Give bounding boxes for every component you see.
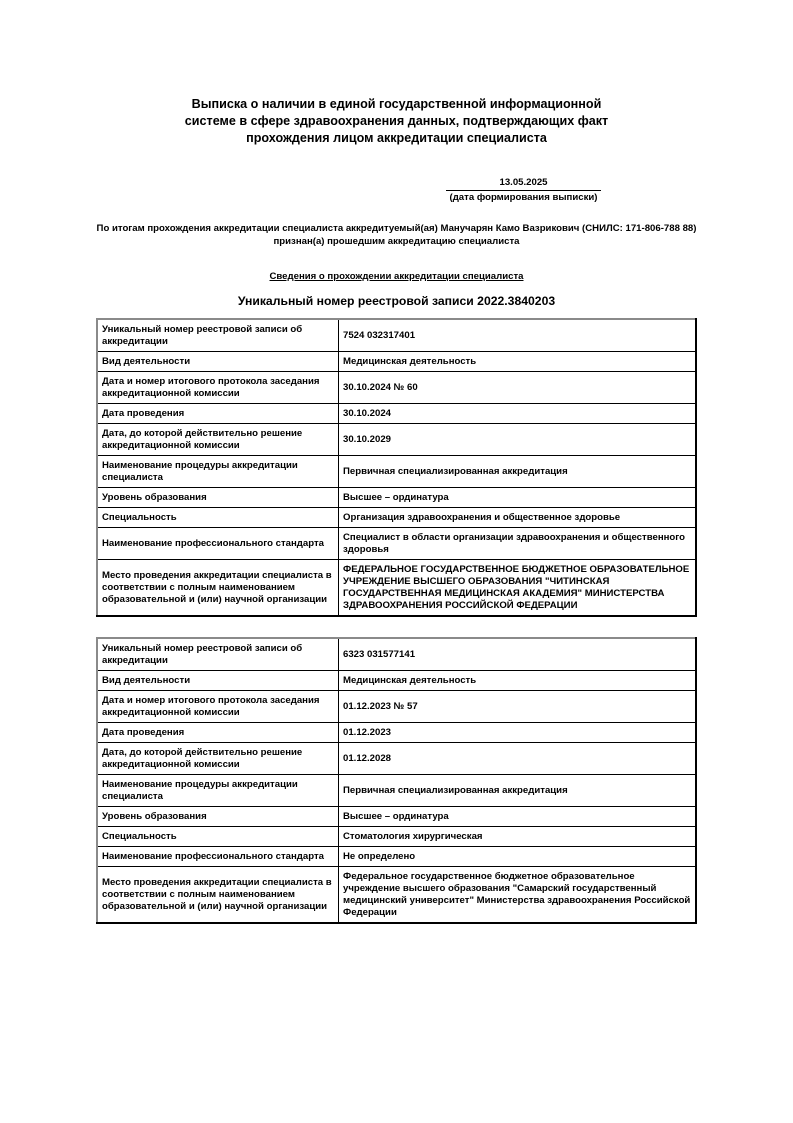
table-row: Место проведения аккредитации специалист… xyxy=(97,560,696,617)
row-label: Место проведения аккредитации специалист… xyxy=(97,867,339,924)
accreditation-table-body: Уникальный номер реестровой записи об ак… xyxy=(97,319,696,616)
accreditation-table-2: Уникальный номер реестровой записи об ак… xyxy=(96,637,697,924)
table-row: Наименование профессионального стандарта… xyxy=(97,528,696,560)
table-row: Дата, до которой действительно решение а… xyxy=(97,424,696,456)
document-title-line: Выписка о наличии в единой государственн… xyxy=(150,96,643,113)
row-value: Специалист в области организации здравоо… xyxy=(339,528,697,560)
row-label: Дата и номер итогового протокола заседан… xyxy=(97,372,339,404)
row-value: Стоматология хирургическая xyxy=(339,827,697,847)
row-label: Дата, до которой действительно решение а… xyxy=(97,743,339,775)
table-row: Наименование процедуры аккредитации спец… xyxy=(97,456,696,488)
table-row: Вид деятельностиМедицинская деятельность xyxy=(97,671,696,691)
row-label: Дата проведения xyxy=(97,404,339,424)
row-value: 01.12.2023 xyxy=(339,723,697,743)
row-label: Специальность xyxy=(97,827,339,847)
row-value: 01.12.2028 xyxy=(339,743,697,775)
document-title-line: прохождения лицом аккредитации специалис… xyxy=(150,130,643,147)
row-value: Медицинская деятельность xyxy=(339,671,697,691)
row-label: Дата и номер итогового протокола заседан… xyxy=(97,691,339,723)
document-title: Выписка о наличии в единой государственн… xyxy=(150,96,643,147)
table-row: Наименование процедуры аккредитации спец… xyxy=(97,775,696,807)
table-row: Уровень образованияВысшее – ординатура xyxy=(97,807,696,827)
row-value: ФЕДЕРАЛЬНОЕ ГОСУДАРСТВЕННОЕ БЮДЖЕТНОЕ ОБ… xyxy=(339,560,697,617)
row-value: 6323 031577141 xyxy=(339,638,697,671)
accreditation-table-1: Уникальный номер реестровой записи об ак… xyxy=(96,318,697,617)
row-label: Дата проведения xyxy=(97,723,339,743)
intro-paragraph: По итогам прохождения аккредитации специ… xyxy=(96,222,697,248)
table-row: Вид деятельностиМедицинская деятельность xyxy=(97,352,696,372)
row-label: Вид деятельности xyxy=(97,352,339,372)
row-label: Наименование профессионального стандарта xyxy=(97,847,339,867)
table-row: СпециальностьОрганизация здравоохранения… xyxy=(97,508,696,528)
accreditation-table-body: Уникальный номер реестровой записи об ак… xyxy=(97,638,696,923)
table-row: Дата, до которой действительно решение а… xyxy=(97,743,696,775)
row-label: Уровень образования xyxy=(97,807,339,827)
row-label: Место проведения аккредитации специалист… xyxy=(97,560,339,617)
row-value: Не определено xyxy=(339,847,697,867)
row-value: Федеральное государственное бюджетное об… xyxy=(339,867,697,924)
table-row: Наименование профессионального стандарта… xyxy=(97,847,696,867)
row-value: 30.10.2024 xyxy=(339,404,697,424)
row-value: 01.12.2023 № 57 xyxy=(339,691,697,723)
row-label: Уровень образования xyxy=(97,488,339,508)
row-label: Специальность xyxy=(97,508,339,528)
table-row: Уникальный номер реестровой записи об ак… xyxy=(97,638,696,671)
row-label: Вид деятельности xyxy=(97,671,339,691)
row-value: Высшее – ординатура xyxy=(339,807,697,827)
table-row: Дата проведения01.12.2023 xyxy=(97,723,696,743)
table-row: Дата проведения30.10.2024 xyxy=(97,404,696,424)
row-value: 30.10.2029 xyxy=(339,424,697,456)
extract-date: 13.05.2025 xyxy=(446,176,601,191)
extract-date-block: 13.05.2025 (дата формирования выписки) xyxy=(446,176,601,204)
section-caption: Сведения о прохождении аккредитации спец… xyxy=(96,271,697,282)
row-label: Уникальный номер реестровой записи об ак… xyxy=(97,319,339,352)
row-value: 30.10.2024 № 60 xyxy=(339,372,697,404)
row-label: Наименование процедуры аккредитации спец… xyxy=(97,775,339,807)
row-label: Дата, до которой действительно решение а… xyxy=(97,424,339,456)
table-row: СпециальностьСтоматология хирургическая xyxy=(97,827,696,847)
row-value: Высшее – ординатура xyxy=(339,488,697,508)
row-value: Организация здравоохранения и общественн… xyxy=(339,508,697,528)
row-value: Медицинская деятельность xyxy=(339,352,697,372)
row-label: Наименование профессионального стандарта xyxy=(97,528,339,560)
table-row: Дата и номер итогового протокола заседан… xyxy=(97,372,696,404)
table-row: Дата и номер итогового протокола заседан… xyxy=(97,691,696,723)
table-row: Уникальный номер реестровой записи об ак… xyxy=(97,319,696,352)
extract-date-caption: (дата формирования выписки) xyxy=(446,191,601,204)
row-label: Наименование процедуры аккредитации спец… xyxy=(97,456,339,488)
row-value: Первичная специализированная аккредитаци… xyxy=(339,775,697,807)
row-value: Первичная специализированная аккредитаци… xyxy=(339,456,697,488)
table-row: Уровень образованияВысшее – ординатура xyxy=(97,488,696,508)
registry-record-title: Уникальный номер реестровой записи 2022.… xyxy=(96,294,697,308)
row-value: 7524 032317401 xyxy=(339,319,697,352)
table-row: Место проведения аккредитации специалист… xyxy=(97,867,696,924)
document-title-line: системе в сфере здравоохранения данных, … xyxy=(150,113,643,130)
row-label: Уникальный номер реестровой записи об ак… xyxy=(97,638,339,671)
